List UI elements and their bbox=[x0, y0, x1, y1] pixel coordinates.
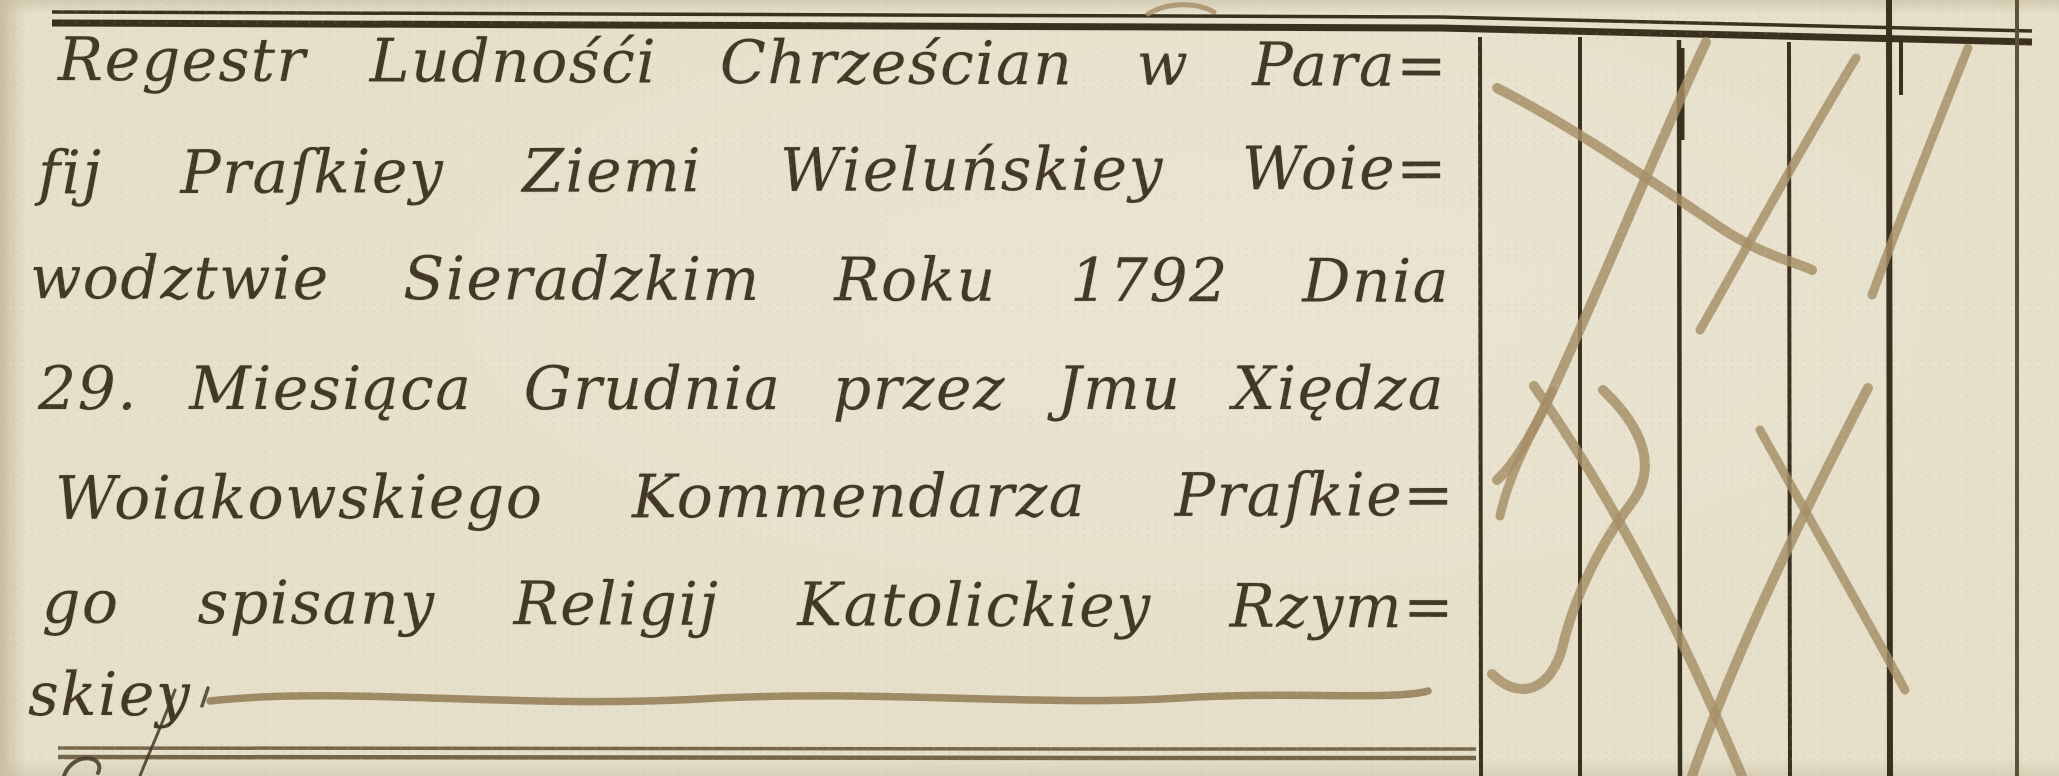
comma-mark bbox=[202, 688, 208, 706]
manuscript-page: Regestr Ludnośći Chrześcian w Para= fij … bbox=[0, 0, 2059, 776]
manuscript-line-5: Woiakowskiego Kommendarza Praſkie= bbox=[55, 462, 1455, 533]
bottom-border-rule-lower bbox=[58, 756, 1476, 758]
next-row-letter-fragment bbox=[64, 758, 99, 776]
column-divider-4 bbox=[1789, 42, 1790, 776]
crossout-stroke bbox=[1497, 42, 1706, 480]
manuscript-line-7: skiey bbox=[28, 662, 191, 729]
manuscript-line-2: fij Praſkiey Ziemi Wieluńskiey Woie= bbox=[38, 136, 1448, 208]
crossout-stroke bbox=[1700, 58, 1856, 330]
underline-flourish bbox=[210, 691, 1428, 702]
crossout-stroke bbox=[1534, 386, 1742, 776]
column-divider-5 bbox=[1889, 0, 1890, 776]
manuscript-line-6: go spisany Religij Katolickiey Rzym= bbox=[42, 570, 1455, 642]
crossout-stroke bbox=[1497, 88, 1812, 270]
bottom-border-rule-upper bbox=[58, 747, 1476, 749]
crossout-stroke bbox=[1692, 388, 1868, 776]
crossout-stroke bbox=[1500, 392, 1552, 516]
stray-sepia-curl bbox=[1148, 5, 1214, 14]
manuscript-line-4: 29. Miesiąca Grudnia przez Jmu Xiędza bbox=[38, 356, 1445, 423]
crossout-stroke bbox=[1872, 48, 1968, 295]
manuscript-line-1: Regestr Ludnośći Chrześcian w Para= bbox=[58, 27, 1448, 100]
column-divider-3 bbox=[1679, 40, 1680, 776]
column-divider-1 bbox=[1480, 37, 1481, 776]
manuscript-line-3: wodztwie Sieradzkim Roku 1792 Dnia bbox=[30, 245, 1450, 316]
crossout-stroke bbox=[1492, 390, 1645, 689]
crossout-stroke bbox=[1760, 430, 1905, 690]
